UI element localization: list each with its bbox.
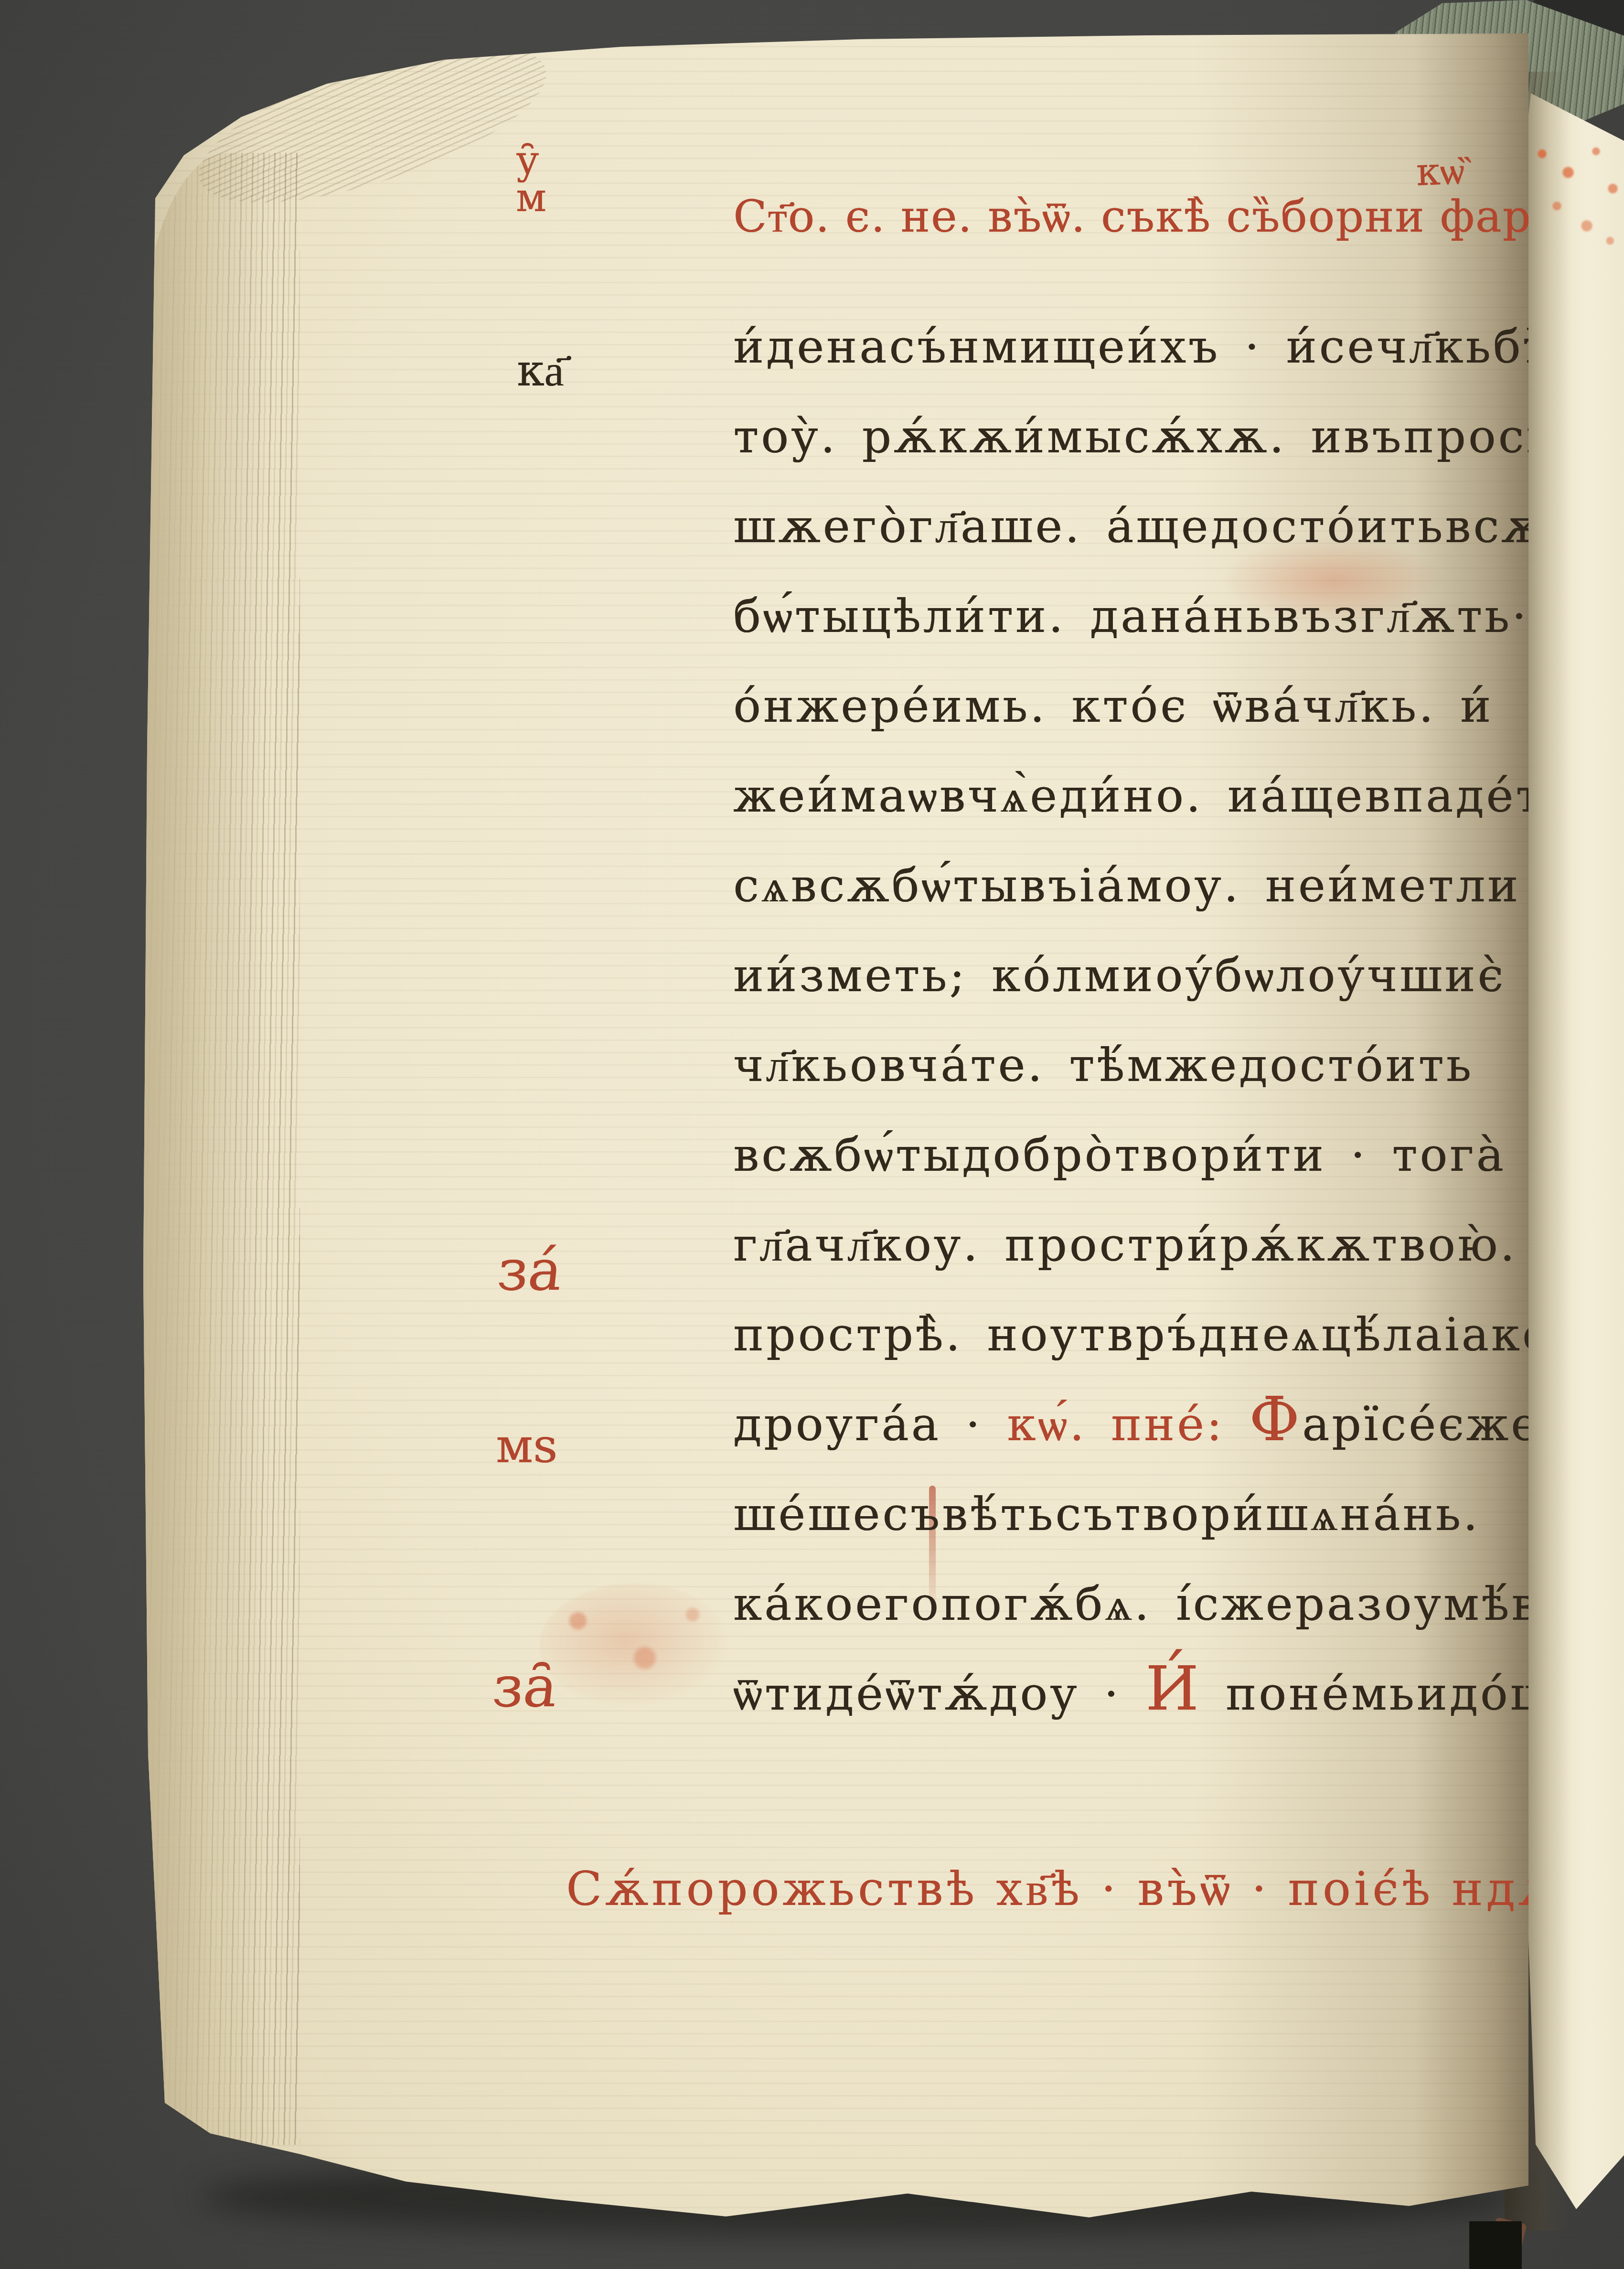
text-segment: ии́зметь; ко́лмиоу́бѡлоу́чшиє̀	[733, 949, 1506, 1002]
text-segment: И́	[1145, 1653, 1201, 1724]
text-segment: сѧвсѫбѡ́тывъіа́моу. неи́метли	[733, 859, 1520, 912]
manuscript-photo: у̑ м ка҃ за́ мѕ за̑ Ст҃о. є. не. въ̀ѿ. с…	[0, 0, 1624, 2269]
text-line-6: жеи́маѡвчѧ̀еди́но. иа́щевпаде́тъ	[733, 773, 1575, 819]
text-line-3: шѫего̀гл҃аше. а́щедосто́итьвсѫ	[733, 503, 1546, 549]
text-segment: чл҃кьовча́те. тѣ́мжедосто́ить	[733, 1038, 1474, 1092]
text-segment: арїсе́єже	[1302, 1398, 1540, 1451]
bookmark-strap	[1469, 2221, 1522, 2269]
text-segment: бѡ́тыцѣли́ти. дана́ньвъзгл҃ѫть·	[733, 589, 1529, 643]
text-segment: жеи́маѡвчѧ̀еди́но. иа́щевпаде́тъ	[733, 769, 1575, 823]
text-segment: всѫбѡ́тыдобро̀твори́ти · тога̀	[733, 1128, 1506, 1182]
text-segment: Ф	[1249, 1384, 1302, 1455]
text-line-12: прострѣ̀. ноутвръ́днеѧцѣ́лаіако̀	[733, 1312, 1552, 1358]
footer-rubric: Сѫ́порожьствѣ хв҃ѣ · въ̀ѿ · поіє́ѣ ндѫ̑	[566, 1862, 1565, 1916]
text-line-15: ка́коегопогѫ́бѧ. і́сжеразоумѣ́въ	[733, 1581, 1571, 1627]
text-line-14: ше́шесъвѣ́тьсътвори́шѧна́нь.	[733, 1491, 1480, 1537]
text-line-10: всѫбѡ́тыдобро̀твори́ти · тога̀	[733, 1132, 1506, 1178]
text-line-8: ии́зметь; ко́лмиоу́бѡлоу́чшиє̀	[733, 953, 1506, 998]
text-line-2: тоу̀. рѫ́кѫи́мысѫ́хѫ. ивъпроси́	[733, 414, 1559, 460]
text-segment: ше́шесъвѣ́тьсътвори́шѧна́нь.	[733, 1488, 1480, 1541]
text-segment: гл҃ачл҃коу. простри́рѫ́кѫтвою̀. и́	[733, 1218, 1574, 1272]
text-segment: поне́мьидо́шѧ	[1201, 1667, 1585, 1721]
text-segment: ѿтиде́ѿтѫ́доу ·	[733, 1667, 1145, 1721]
text-line-16: ѿтиде́ѿтѫ́доу · И́ поне́мьидо́шѧ	[733, 1671, 1584, 1717]
text-segment: тоу̀. рѫ́кѫи́мысѫ́хѫ. ивъпроси́	[733, 410, 1559, 463]
text-line-9: чл҃кьовча́те. тѣ́мжедосто́ить	[733, 1042, 1474, 1088]
text-line-13: дроуга́а · кѡ́. пне́: Фарїсе́єже	[733, 1402, 1540, 1447]
manuscript-page: у̑ м ка҃ за́ мѕ за̑ Ст҃о. є. не. въ̀ѿ. с…	[139, 33, 1528, 2221]
text-line-1: и́денасъ́нмищеи́хъ · и́сечл҃кьбѣ̀	[733, 324, 1553, 370]
text-line-5: о́нжере́имь. кто́є ѿва́чл҃кь. и́	[733, 683, 1493, 729]
text-segment: и́денасъ́нмищеи́хъ · и́сечл҃кьбѣ̀	[733, 320, 1553, 374]
red-ink-speckles	[1531, 129, 1624, 253]
text-segment: кѡ́. пне́:	[1007, 1398, 1249, 1451]
text-line-4: бѡ́тыцѣли́ти. дана́ньвъзгл҃ѫть·	[733, 593, 1529, 639]
header-rubric-wrap-fragment: кѡ̏	[1415, 148, 1465, 194]
text-segment: шѫего̀гл҃аше. а́щедосто́итьвсѫ	[733, 500, 1546, 553]
text-segment: дроуга́а ·	[733, 1398, 1007, 1451]
text-segment: прострѣ̀. ноутвръ́днеѧцѣ́лаіако̀	[733, 1308, 1552, 1361]
text-segment: о́нжере́имь. кто́є ѿва́чл҃кь. и́	[733, 679, 1493, 733]
text-line-11: гл҃ачл҃коу. простри́рѫ́кѫтвою̀. и́	[733, 1222, 1574, 1268]
text-segment: ка́коегопогѫ́бѧ. і́сжеразоумѣ́въ	[733, 1577, 1571, 1631]
text-line-7: сѧвсѫбѡ́тывъіа́моу. неи́метли	[733, 863, 1520, 909]
